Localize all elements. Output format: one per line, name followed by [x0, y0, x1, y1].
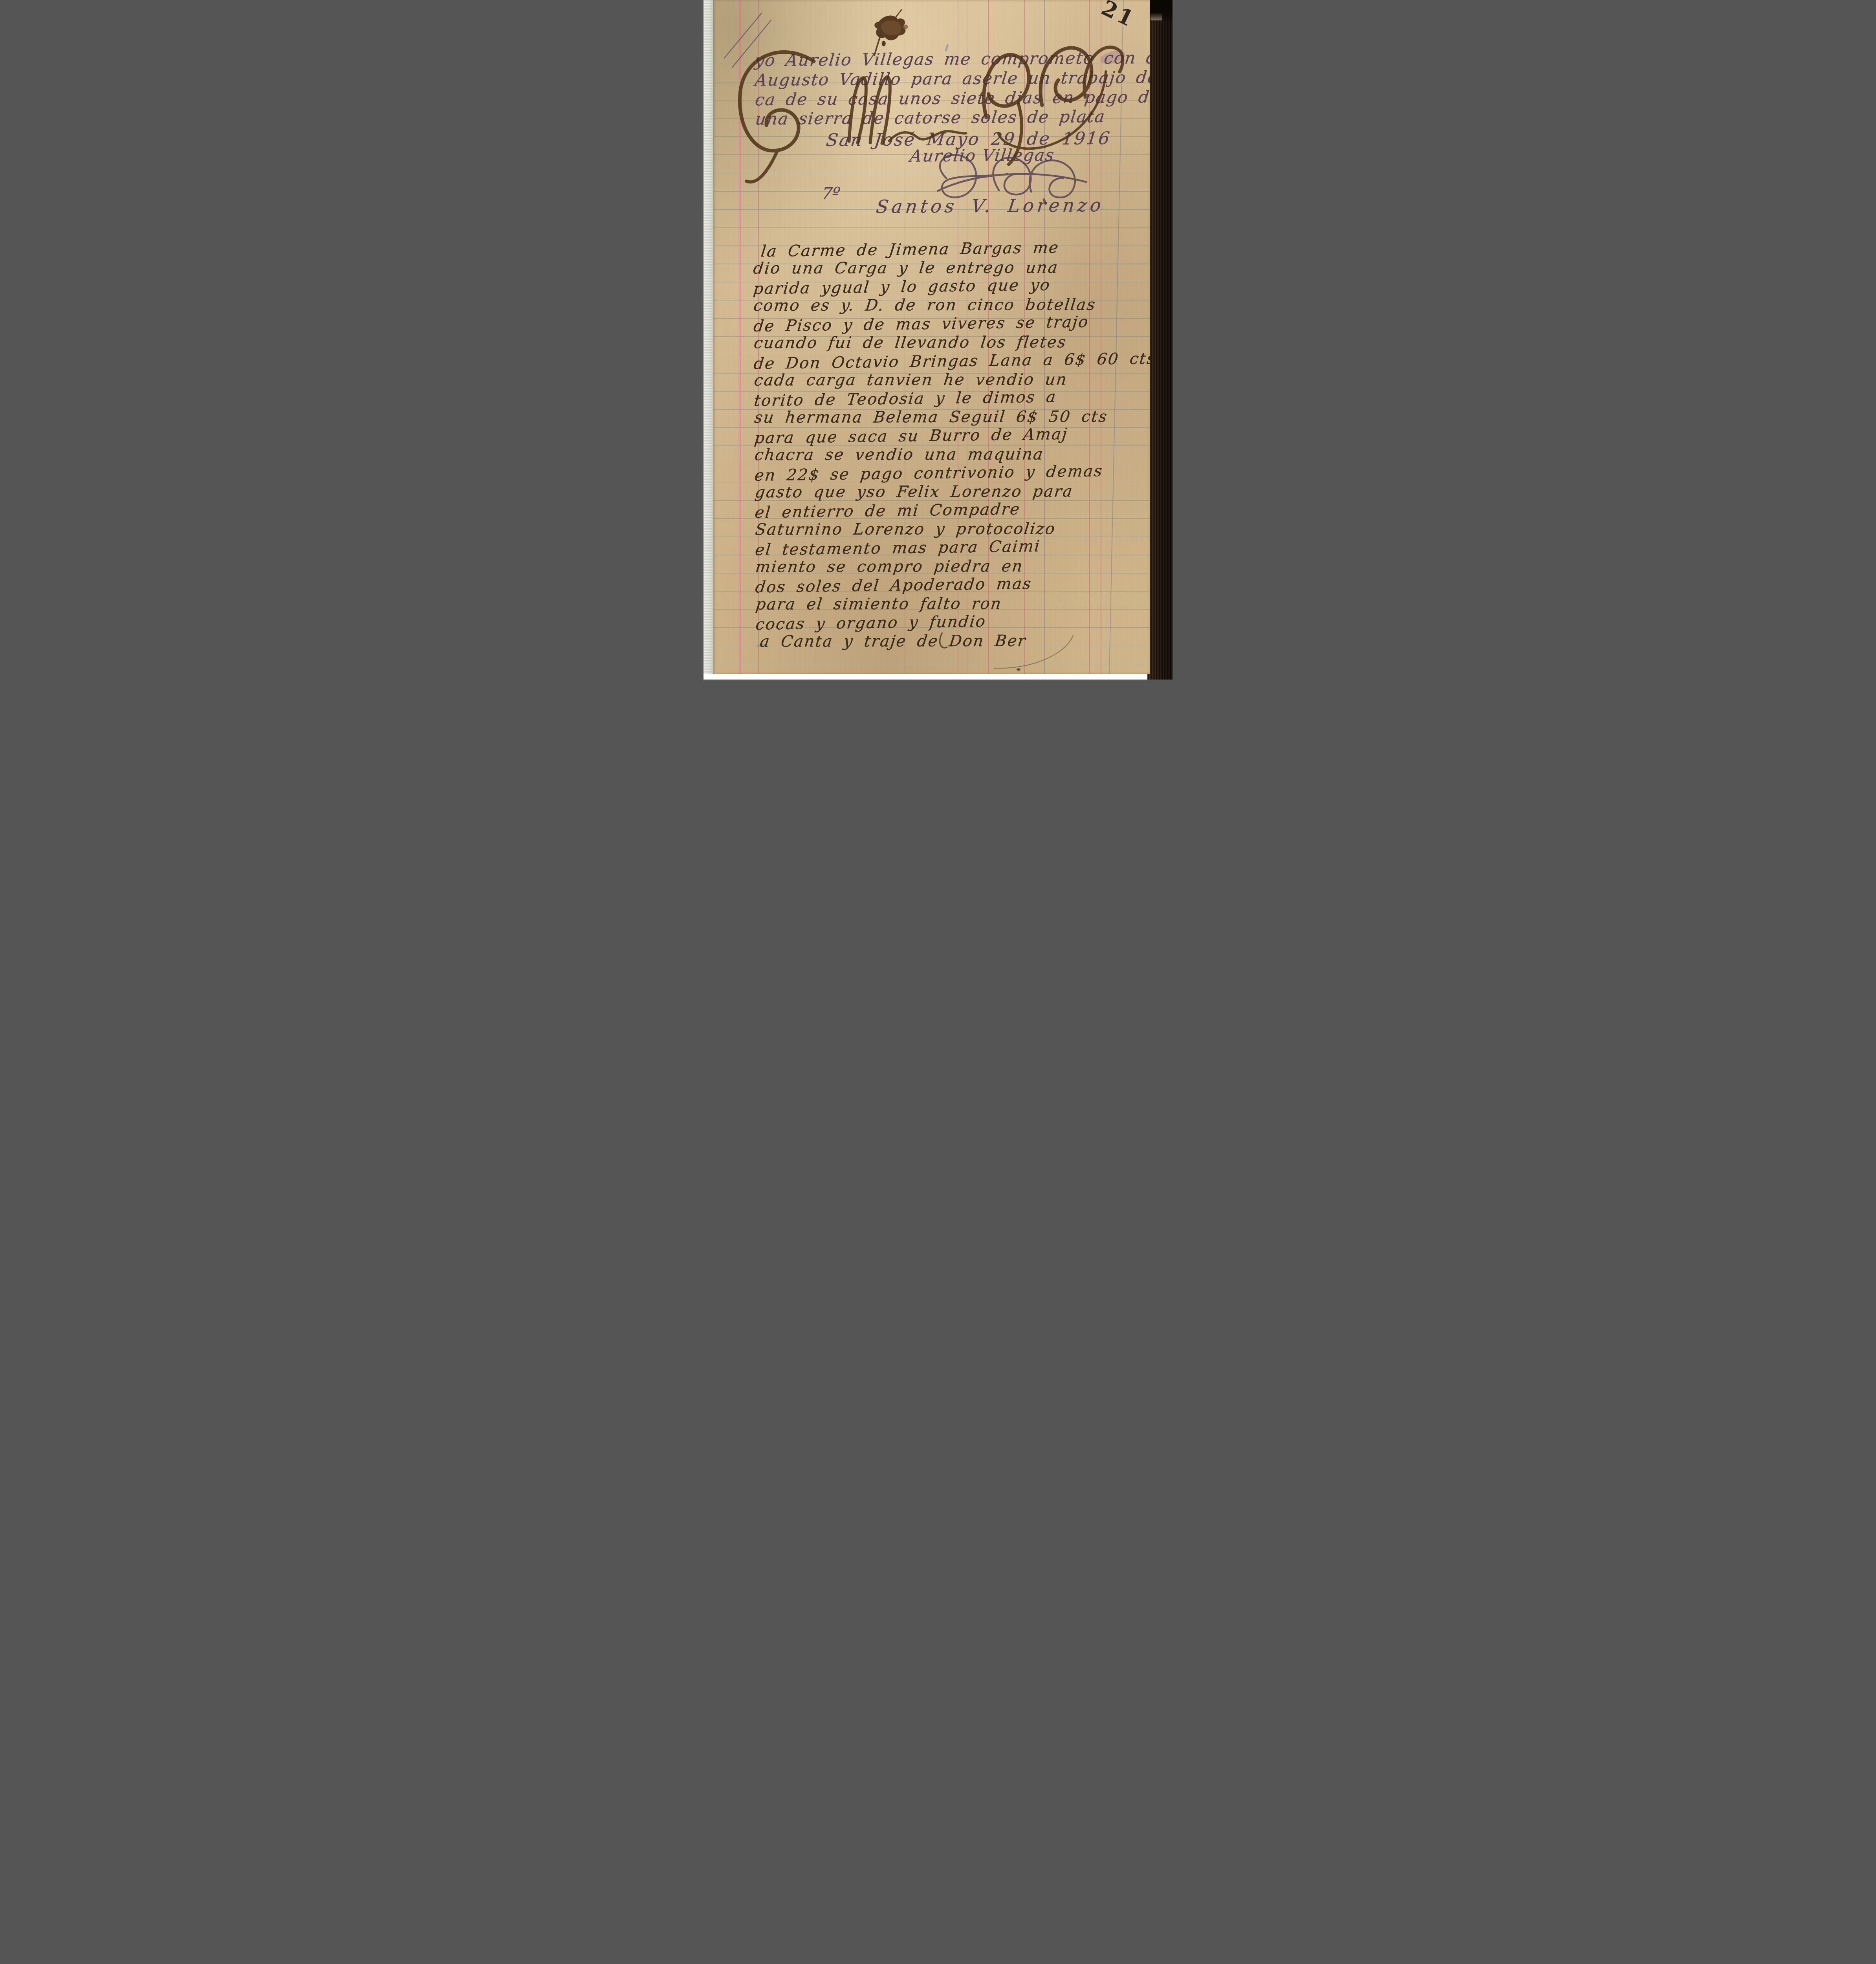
entry-line: dos soles del Apoderado mas: [755, 575, 1033, 597]
entry-line: cada carga tanvien he vendio un: [753, 370, 1068, 390]
page-number: 21: [1098, 0, 1140, 32]
paper-sheet: 21 yo Aurelio Villegas me comprometo con: [713, 0, 1150, 674]
stray-strokes: [935, 630, 1085, 674]
binding-cloth: [703, 0, 713, 680]
entry-line: el testamento mas para Caimi: [754, 537, 1041, 560]
section-numeral: 7º: [821, 184, 841, 203]
entry-line: su hermana Belema Seguil 6$ 50 cts: [753, 408, 1109, 427]
entry-line: el entierro de mi Compadre: [754, 500, 1021, 522]
entry-line: de Don Octavio Bringas Lana a 6$ 60 cts: [753, 350, 1150, 374]
entry-line: gasto que yso Felix Lorenzo para: [754, 482, 1074, 502]
entry-line: para que saca su Burro de Amaj: [753, 425, 1069, 448]
entry-line: dio una Carga y le entrego una: [752, 258, 1059, 278]
entry-line: como es y. D. de ron cinco botellas: [753, 296, 1097, 315]
entry-line: torito de Teodosia y le dimos a: [753, 388, 1057, 410]
entry-line: la Carme de Jimena Bargas me: [760, 238, 1060, 261]
entry-line: cuando fui de llevando los fletes: [753, 333, 1068, 353]
entry-line: para el simiento falto ron: [755, 595, 1003, 614]
entry-line: chacra se vendio una maquina: [753, 445, 1044, 465]
entry-line: en 22$ se pago contrivonio y demas: [754, 462, 1104, 486]
entry-line: de Pisco y de mas viveres se trajo: [753, 313, 1090, 336]
scanner-background-strip: [703, 674, 1147, 680]
entry-line: parida ygual y lo gasto que yo: [752, 276, 1052, 299]
entry-line: miento se compro piedra en: [754, 557, 1024, 577]
page-content: 21 yo Aurelio Villegas me comprometo con: [713, 0, 1150, 674]
section-title: Santos V. Lorenzo: [875, 194, 1106, 217]
entry-line: Saturnino Lorenzo y protocolizo: [754, 520, 1057, 539]
manuscript-scan: 21 yo Aurelio Villegas me comprometo con: [703, 0, 1172, 680]
